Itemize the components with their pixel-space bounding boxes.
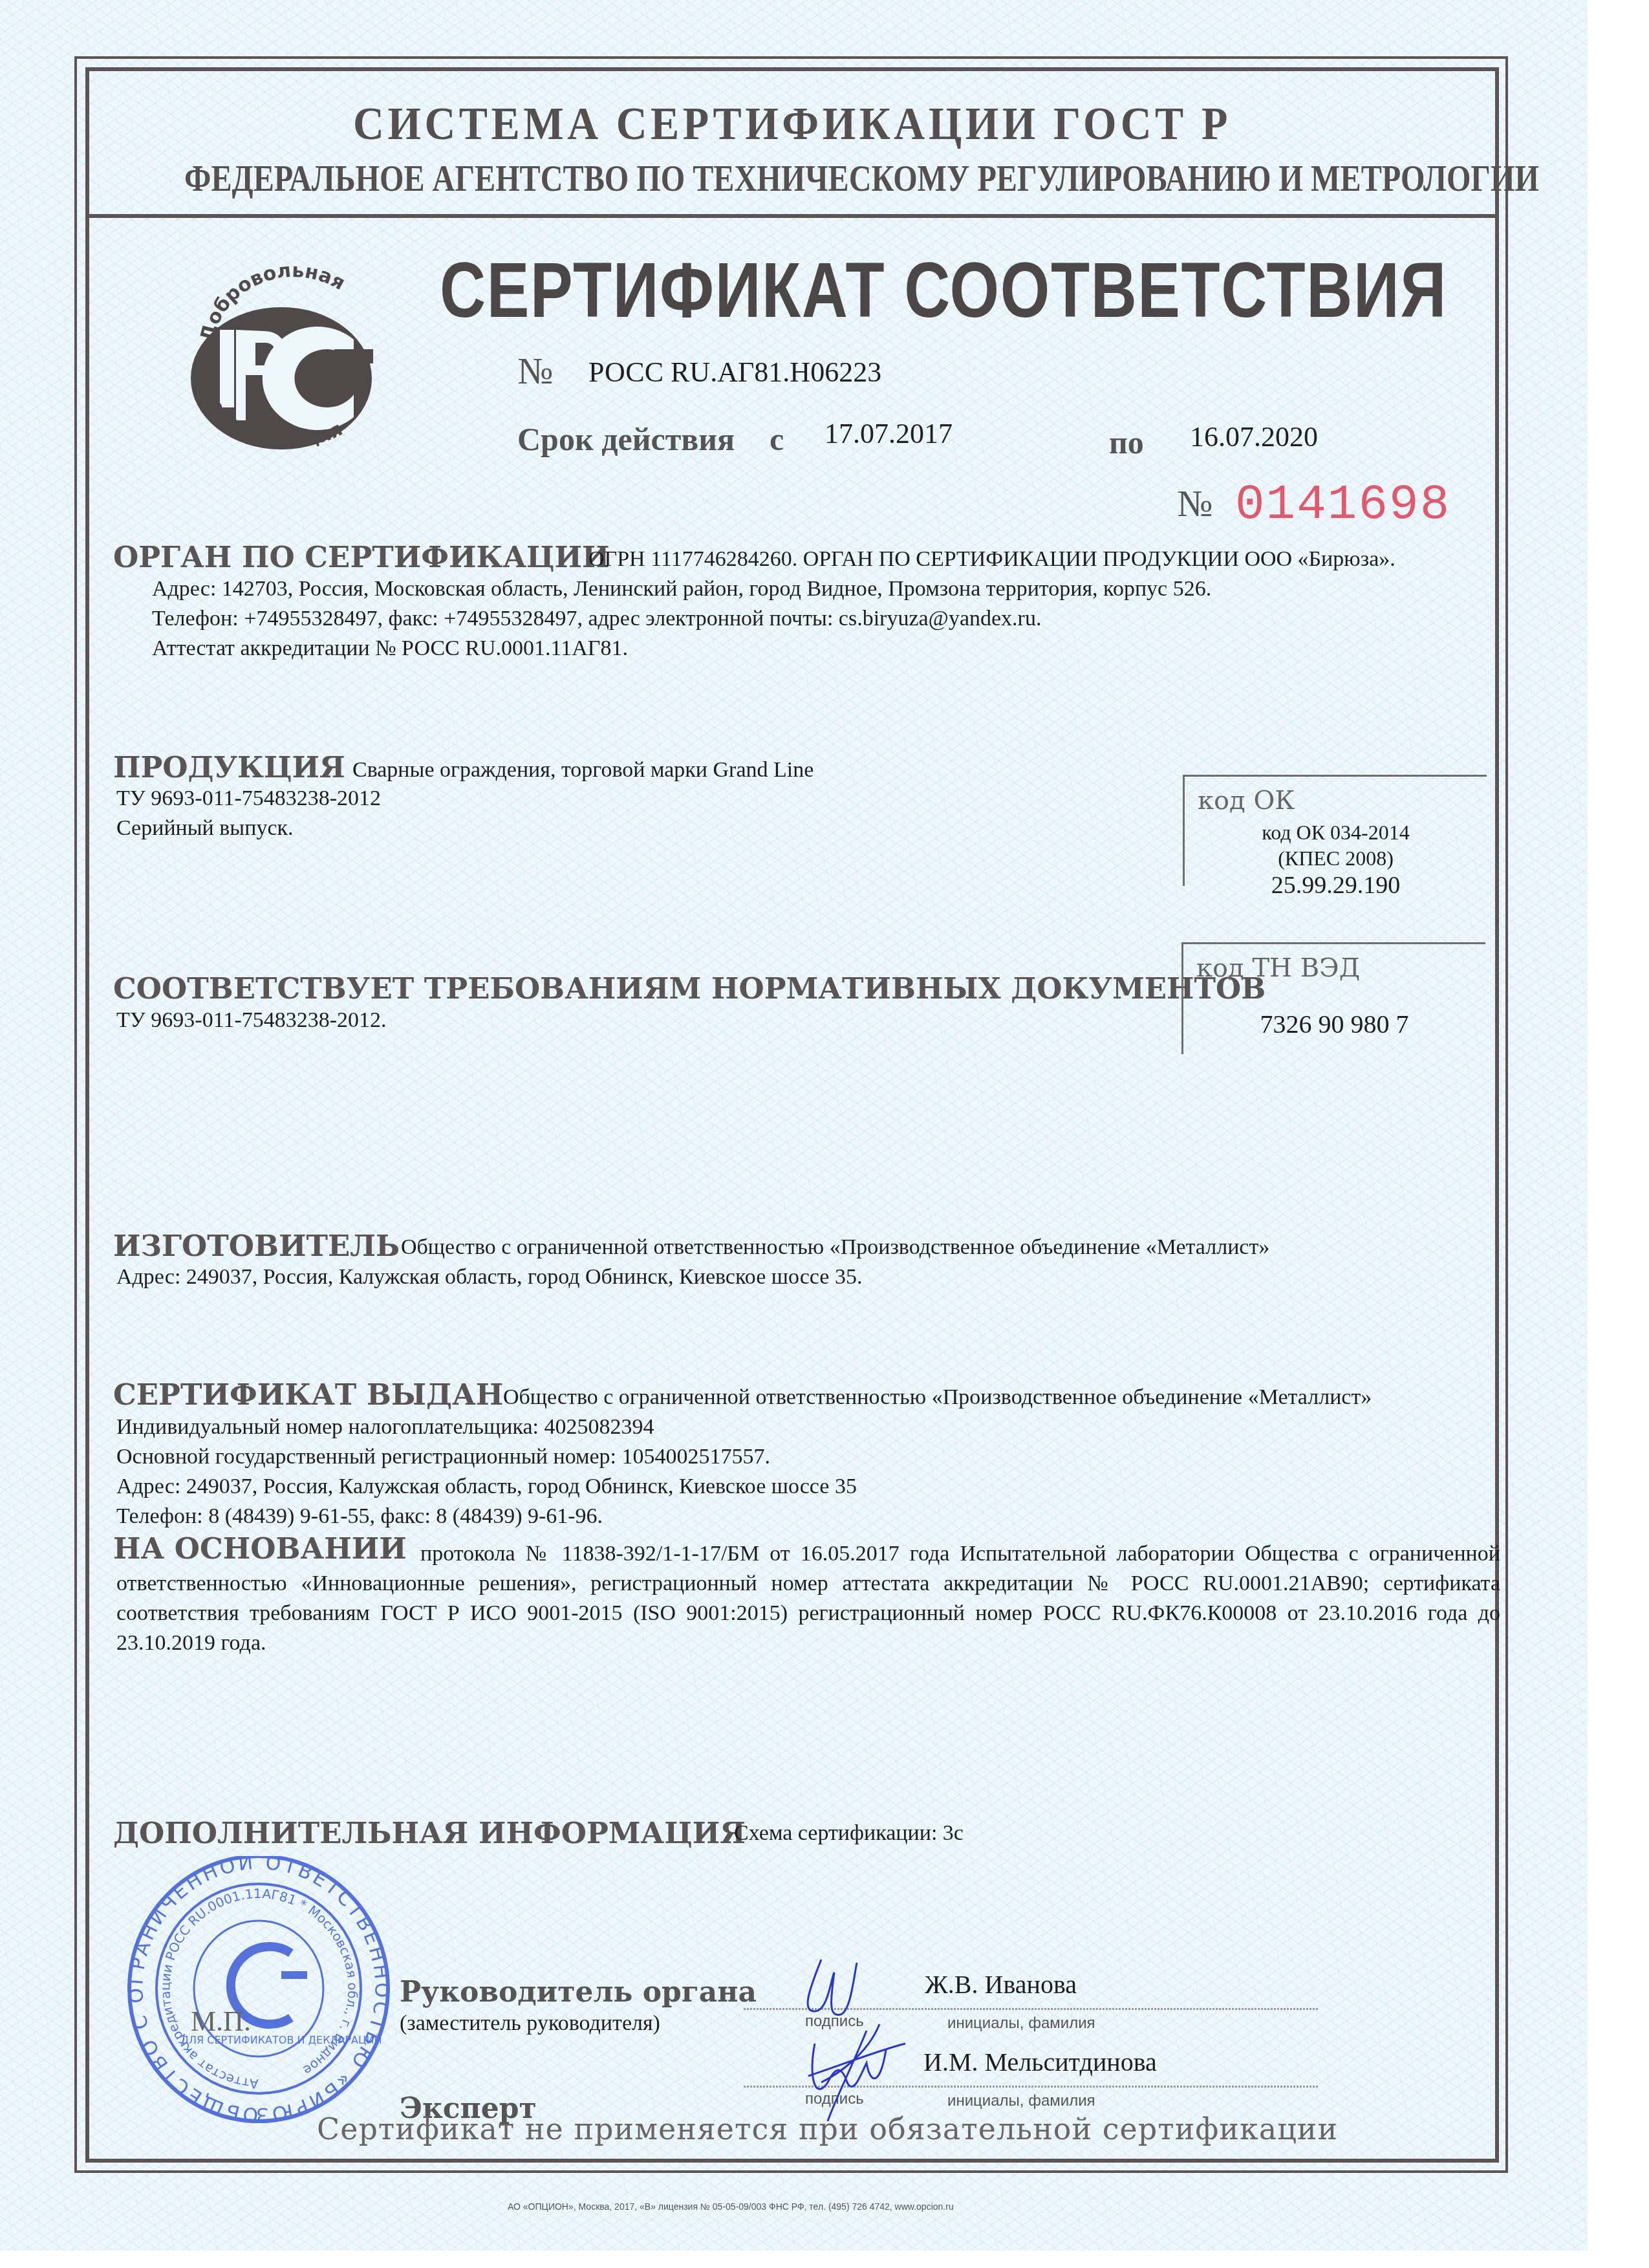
valid-to-date: 16.07.2020 <box>1190 420 1318 453</box>
issued-to-line: Индивидуальный номер налогоплательщика: … <box>116 1412 654 1442</box>
head-role-sub: (заместитель руководителя) <box>400 2011 660 2036</box>
expert-name-caption: инициалы, фамилия <box>947 2092 1095 2110</box>
blank-number-label: № <box>1177 482 1212 525</box>
blank-serial-number: 0141698 <box>1235 477 1450 533</box>
manufacturer-title: ИЗГОТОВИТЕЛЬ <box>113 1229 400 1263</box>
rst-logo-icon: Добровольная сертификация <box>184 246 398 453</box>
basis-text: протокола № 11838-392/1-1-17/БМ от 16.05… <box>116 1539 1500 1658</box>
head-name-line <box>905 2008 1319 2010</box>
head-role-label: Руководитель органа <box>400 1976 757 2009</box>
svg-text:Аттестат аккредитации РОСС RU.: Аттестат аккредитации РОСС RU.0001.11АГ8… <box>157 1886 360 2091</box>
certification-scheme: Схема сертификации: 3с <box>734 1819 964 1848</box>
valid-from-date: 17.07.2017 <box>824 417 953 450</box>
validity-label: Срок действия <box>517 420 735 458</box>
organ-line: ОГРН 1117746284260. ОРГАН ПО СЕРТИФИКАЦИ… <box>588 545 1396 574</box>
organization-stamp-icon: ОБЩЕСТВО С ОГРАНИЧЕННОЙ ОТВЕТСТВЕННОСТЬЮ… <box>126 1856 391 2128</box>
validity-from-label: с <box>770 420 784 458</box>
organ-line: Аттестат аккредитации № РОСС RU.0001.11А… <box>152 634 628 664</box>
printer-imprint: АО «ОПЦИОН», Москва, 2017, «В» лицензия … <box>508 2201 954 2212</box>
issued-to-line: Адрес: 249037, Россия, Калужская область… <box>116 1472 857 1502</box>
number-label: № <box>517 349 553 393</box>
validity-to-label: по <box>1109 424 1144 461</box>
product-name: Сварные ограждения, торговой марки Grand… <box>352 755 814 785</box>
code-ok-standard: код ОК 034-2014 <box>1185 821 1487 845</box>
issued-to-name: Общество с ограниченной ответственностью… <box>503 1383 1372 1412</box>
head-name: Ж.В. Иванова <box>925 1969 1077 2000</box>
code-tnved-box: код ТН ВЭД 7326 90 980 7 <box>1181 942 1485 1054</box>
issued-to-line: Основной государственный регистрационный… <box>116 1442 770 1472</box>
product-line: ТУ 9693-011-75483238-2012 <box>116 784 381 814</box>
product-line: Серийный выпуск. <box>116 814 294 843</box>
voluntary-note: Сертификат не применяется при обязательн… <box>317 2111 1338 2146</box>
product-title: ПРОДУКЦИЯ <box>113 750 345 784</box>
code-tnved-label: код ТН ВЭД <box>1196 953 1360 983</box>
code-ok-value: 25.99.29.190 <box>1185 871 1487 900</box>
certificate-title: СЕРТИФИКАТ СООТВЕТСТВИЯ <box>440 246 1447 335</box>
head-name-caption: инициалы, фамилия <box>947 2014 1095 2033</box>
issued-to-line: Телефон: 8 (48439) 9-61-55, факс: 8 (484… <box>116 1502 603 1531</box>
agency-title: ФЕДЕРАЛЬНОЕ АГЕНТСТВО ПО ТЕХНИЧЕСКОМУ РЕ… <box>184 158 1400 200</box>
code-ok-label: код ОК <box>1198 786 1295 815</box>
code-tnved-value: 7326 90 980 7 <box>1183 1009 1485 1039</box>
conformity-text: ТУ 9693-011-75483238-2012. <box>116 1006 387 1035</box>
organ-line: Телефон: +74955328497, факс: +7495532849… <box>152 604 1041 634</box>
conformity-title: СООТВЕТСТВУЕТ ТРЕБОВАНИЯМ НОРМАТИВНЫХ ДО… <box>113 971 1266 1006</box>
issued-to-title: СЕРТИФИКАТ ВЫДАН <box>113 1377 503 1412</box>
manufacturer-name: Общество с ограниченной ответственностью… <box>401 1233 1269 1262</box>
code-ok-classifier: (КПЕС 2008) <box>1185 847 1487 870</box>
handwritten-signatures-icon <box>795 1953 925 2121</box>
expert-name-line <box>905 2086 1319 2088</box>
certificate-number: РОСС RU.АГ81.Н06223 <box>588 356 881 389</box>
organ-line: Адрес: 142703, Россия, Московская област… <box>152 574 1211 604</box>
seal-place-label: М.П. <box>191 2005 251 2038</box>
manufacturer-address: Адрес: 249037, Россия, Калужская область… <box>116 1262 862 1292</box>
organ-title: ОРГАН ПО СЕРТИФИКАЦИИ <box>113 540 610 574</box>
additional-title: ДОПОЛНИТЕЛЬНАЯ ИНФОРМАЦИЯ <box>113 1816 746 1850</box>
expert-name: И.М. Мельситдинова <box>923 2047 1157 2077</box>
code-ok-box: код ОК код ОК 034-2014 (КПЕС 2008) 25.99… <box>1183 775 1487 886</box>
system-title: СИСТЕМА СЕРТИФИКАЦИИ ГОСТ Р <box>142 97 1442 151</box>
basis-block: протокола № 11838-392/1-1-17/БМ от 16.05… <box>116 1539 1500 1658</box>
header-divider <box>85 214 1499 218</box>
